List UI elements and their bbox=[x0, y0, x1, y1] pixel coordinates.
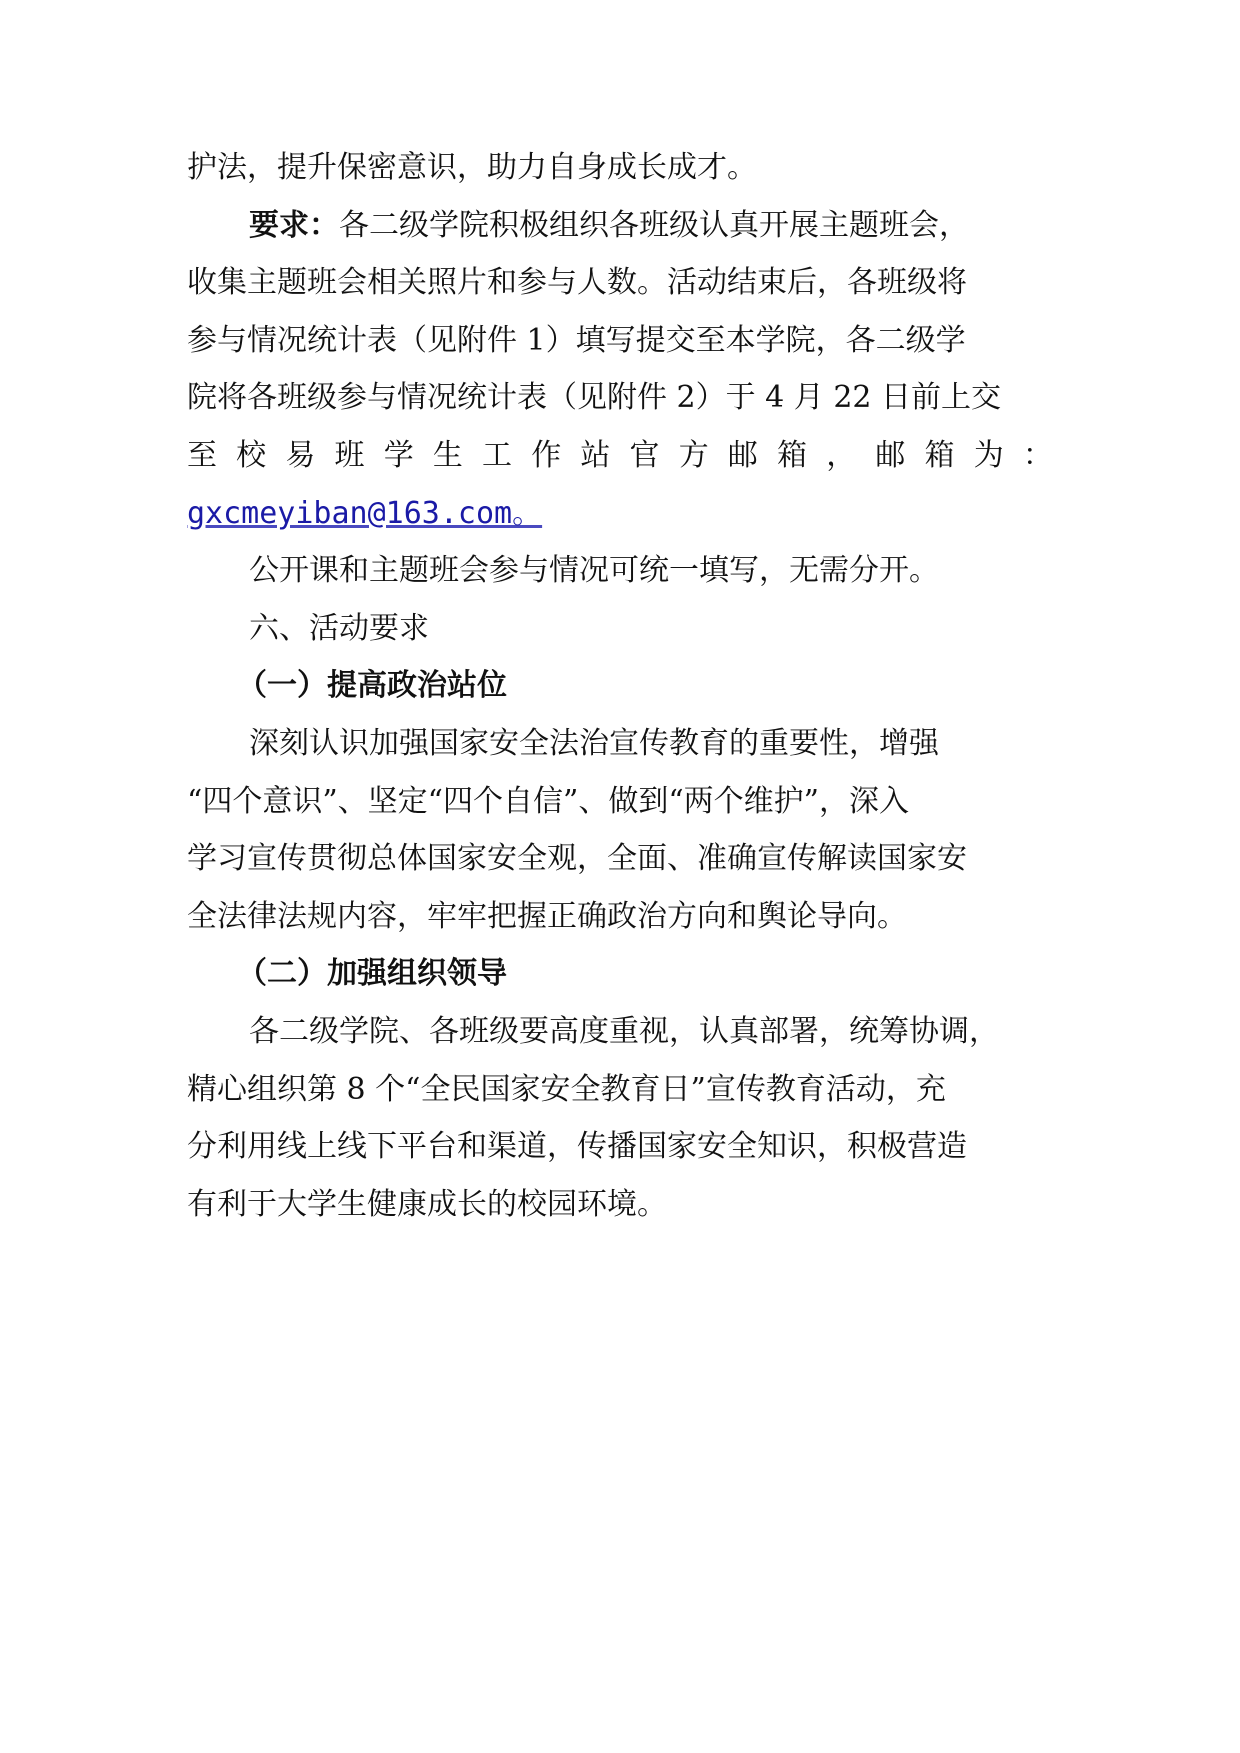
subsection-1-line-2: “四个意识”、坚定“四个自信”、做到“两个维护”，深入 bbox=[187, 773, 1053, 831]
requirement-line-1: 要求：各二级学院积极组织各班级认真开展主题班会， bbox=[187, 197, 1053, 255]
requirement-text-1: 各二级学院积极组织各班级认真开展主题班会， bbox=[339, 208, 969, 243]
note-paragraph: 公开课和主题班会参与情况可统一填写，无需分开。 bbox=[187, 542, 1053, 600]
requirement-line-2: 收集主题班会相关照片和参与人数。活动结束后，各班级将 bbox=[187, 254, 1053, 312]
subsection-1-heading: （一）提高政治站位 bbox=[187, 657, 1053, 715]
subsection-2-line-4: 有利于大学生健康成长的校园环境。 bbox=[187, 1176, 1053, 1234]
subsection-2-line-2: 精心组织第 8 个“全民国家安全教育日”宣传教育活动，充 bbox=[187, 1061, 1053, 1119]
section-six-heading: 六、活动要求 bbox=[187, 600, 1053, 658]
requirement-line-3: 参与情况统计表（见附件 1）填写提交至本学院，各二级学 bbox=[187, 312, 1053, 370]
document-page: 护法，提升保密意识，助力自身成长成才。 要求：各二级学院积极组织各班级认真开展主… bbox=[187, 139, 1053, 1233]
subsection-1-line-4: 全法律法规内容，牢牢把握正确政治方向和舆论导向。 bbox=[187, 888, 1053, 946]
subsection-2-line-1: 各二级学院、各班级要高度重视，认真部署，统筹协调， bbox=[187, 1003, 1053, 1061]
requirement-line-5-spread: 至 校 易 班 学 生 工 作 站 官 方 邮 箱 ， 邮 箱 为 ： bbox=[187, 427, 1053, 485]
paragraph-continuation: 护法，提升保密意识，助力自身成长成才。 bbox=[187, 139, 1053, 197]
subsection-2-line-3: 分利用线上线下平台和渠道，传播国家安全知识，积极营造 bbox=[187, 1118, 1053, 1176]
requirement-line-4: 院将各班级参与情况统计表（见附件 2）于 4 月 22 日前上交 bbox=[187, 369, 1053, 427]
subsection-1-line-3: 学习宣传贯彻总体国家安全观，全面、准确宣传解读国家安 bbox=[187, 830, 1053, 888]
subsection-1-line-1: 深刻认识加强国家安全法治宣传教育的重要性，增强 bbox=[187, 715, 1053, 773]
requirement-label: 要求： bbox=[249, 208, 339, 243]
email-link[interactable]: gxcmeyiban@163.com。 bbox=[187, 496, 542, 531]
email-line: gxcmeyiban@163.com。 bbox=[187, 485, 1053, 543]
subsection-2-heading: （二）加强组织领导 bbox=[187, 945, 1053, 1003]
